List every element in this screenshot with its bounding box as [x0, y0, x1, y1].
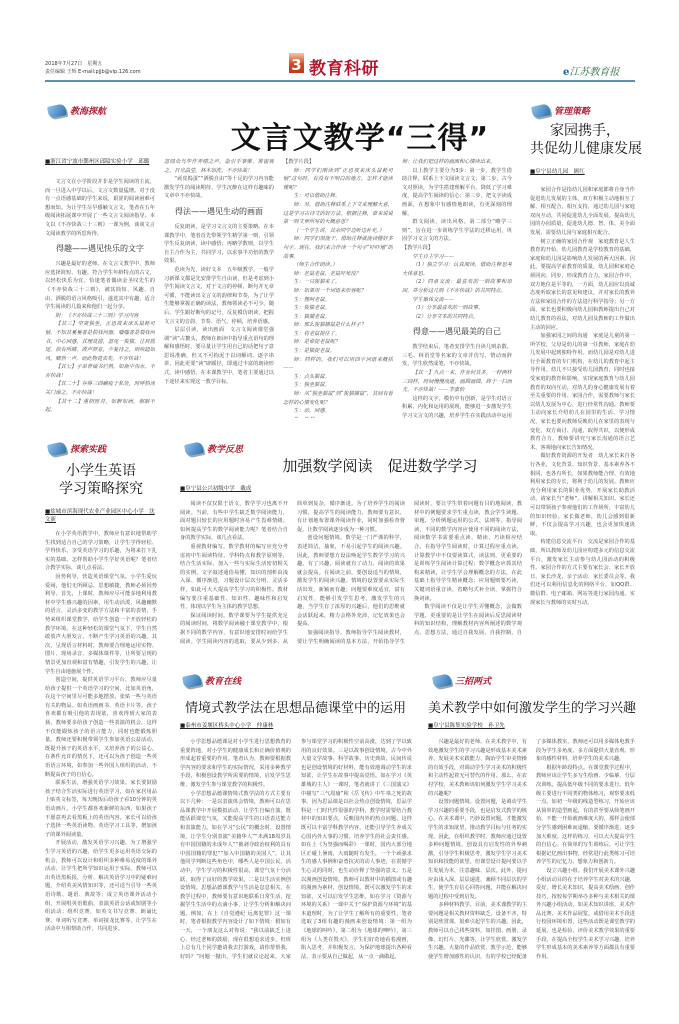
- paragraph: 设置问题情境。设置问题，是调动学生学习兴趣的重要手段，也是启发式教学的核心。在美…: [428, 798, 527, 901]
- paragraph: 师：让我们把这样的画面和心情读出来。: [402, 158, 512, 167]
- byline-jiayuan: ■阜宁县幼儿园 顾红: [530, 168, 585, 176]
- jiayuan-column: 家园合作是指幼儿园和家庭都将自身当作促进幼儿发展的主体，双方积极主动地相互了解、…: [530, 186, 635, 661]
- paragraph: 小学思想品德课是对小学生进行思想教育的重要阵地，对小学生的健康成长和正确价值观的…: [180, 738, 291, 790]
- paragraph: 树立正确的家园合作观 家庭教育是人生教育的开始，幼儿园教育是学校教育的基础，家庭…: [530, 238, 635, 333]
- math-columns: 阅读不仅仅限于语文，数学学习也离不开阅读。当前，有些中学生缺乏数学阅读能力，面对…: [180, 500, 522, 652]
- column-tag-zaixian: 教育在线: [183, 674, 241, 687]
- paragraph: （2）同桌交流：最喜欢的一则故事和原因，并分析这几则《不亦快哉》的共同特点。: [402, 278, 512, 295]
- paragraph: 【其二十】存得三四癞疮于私处，时呼热汤关门澡之。不亦快哉！: [45, 380, 155, 397]
- paragraph: 学生自主学习——: [402, 253, 512, 262]
- paragraph: 【其一】九点一来，作业何其多，一样两样三四样，时间慢慢流逝，画圆画圆，终于一扫而…: [402, 369, 512, 395]
- paragraph: 生：一只狻猫来了。: [283, 278, 393, 287]
- paragraph: 师：从“独坐猫鼠”到“狻猫捕鼠”，其间有着怎样的心情变化呢？: [283, 390, 393, 407]
- paragraph: 做好教育资源的开发者 幼儿家长来自各行各业，文化背景、知识背景、基本素养各不相同…: [530, 452, 635, 538]
- logo-text: 江苏教育报: [569, 67, 619, 78]
- book-icon: [182, 673, 202, 688]
- paragraph: 根据年龄段特点。在课堂教学过程中，教师应该让学生多写生绘画、少临摹，分层次训练，…: [536, 764, 635, 867]
- paragraph: 师：那么狻猫捕鼠是什么样子？: [283, 321, 393, 330]
- paragraph: 生：独坐猫鼠。: [283, 381, 393, 390]
- headline-line: 小学生英语: [45, 462, 157, 480]
- column-tag-label: 管理策略: [554, 104, 590, 117]
- paragraph: 师：同学们刚读到“正思夜来床头鼠耗可恼”这句时，有没有不明白的地方，怎样才能读懂…: [283, 167, 393, 193]
- paragraph: 生：狻猫老鼠。: [283, 304, 393, 313]
- headline-line: 学习策略探究: [45, 480, 157, 498]
- paragraph: “顽皮捣蛋”“洒脱自由”等十足的学习内容能激发学生的阅读期待，学生沉醉在这样有趣…: [164, 175, 274, 201]
- moral-columns: 小学思想品德课是对小学生进行思想教育的重要阵地，对小学生的健康成长和正确价值观的…: [180, 738, 412, 1014]
- book-icon: [47, 103, 67, 118]
- paragraph: 重视教材编写。数学教材的编写应充分考虑初中生阅读特征、学科特点和教学原则等，结合…: [180, 543, 288, 612]
- paragraph: 生：快哉。: [283, 416, 393, 418]
- paragraph: 联系生活，增强英语学习效果。家长要鼓励孩子结合生活实际进行英语学习，如在家居用品…: [45, 779, 157, 839]
- english-column: 在小学英语教学中，教师应有意识地帮助学生找到适合自己的学习策略，让学生学得轻松、…: [45, 530, 157, 1008]
- wenyan-column-1: 文言文在小学阶段并非是学生阅读的主流，而一旦进入中学以后，文言文数量猛增。对于没…: [45, 178, 155, 418]
- paragraph: 生：是猫捉老鼠。: [283, 347, 393, 356]
- paragraph: 范读为先，读好文本 五年级教学，一般学习新课文都是先安排学生自由读，但是考虑到小…: [164, 266, 274, 326]
- byline-english: ■盐城市滨海现代农业产业园区中心小学 沈文新: [45, 508, 157, 524]
- paragraph: （1）独立学习：认真阅读，借助注释思考大体意思。: [402, 261, 512, 278]
- column-tag-guanli: 管理策略: [532, 104, 590, 117]
- headline-line: 共促幼儿健康发展: [530, 140, 640, 158]
- paragraph: 文言文在小学阶段并非是学生阅读的主流，而一旦进入中学以后，文言文数量猛增。对于没…: [45, 178, 155, 238]
- column-tag-tansuo: 探索实践: [48, 442, 106, 455]
- paragraph: 设立兴趣小组。我们开展美术课外兴趣小组活动目的在于培养学生对美术的兴趣，爱好，增…: [536, 867, 635, 962]
- byline-art: ■阜宁县陈集实验学校 孙卫先: [428, 722, 505, 730]
- paragraph: （2）分享文本的共同特点。: [402, 313, 512, 322]
- issue-date: 2018年7月27日 星期五: [45, 60, 102, 68]
- column-tag-fansi: 教学反思: [185, 442, 243, 455]
- headline-jiayuan: 家园携手， 共促幼儿健康发展: [530, 122, 640, 158]
- paragraph: 师：同学们很能干，借助注释就能读懂好多句子。现在，我们来合作读一个句子“吓吓地”…: [283, 235, 393, 261]
- paragraph: 生：狸呵老鼠。: [283, 296, 393, 305]
- book-icon: [531, 103, 551, 118]
- column-tag-label: 教育在线: [205, 674, 241, 687]
- headline-art: 美术教学中如何激发学生的学习兴趣: [428, 697, 638, 716]
- paragraph: 【教学片段】: [283, 158, 393, 167]
- subheading: 得法——遇见生动的画面: [164, 206, 274, 218]
- paragraph: 生：点头猫鼠。: [283, 373, 393, 382]
- byline-wenyan: ■浙江省宁波市鄞州区邱隘实验小学 邱璐: [45, 158, 155, 166]
- headline-math: 加强数学阅读 促进数学学习: [230, 455, 530, 476]
- paragraph: 阅读不仅仅限于语文，数学学习也离不开阅读。当前，有些中学生缺乏数学阅读能力，面对…: [180, 500, 288, 543]
- byline-math: ■阜宁县公兴初级中学 戴成: [180, 485, 251, 493]
- paragraph: 因势利导，营造英语课堂气氛。小学生爱玩爱闹，他们无所顾忌，思想敏捷，教师必须因势…: [45, 573, 157, 676]
- wenyan-column-2: 忽闻众鸟毕作弄晴之声，急引手搴帷，推窗视之，日光晶莹，林木如洗。不亦快哉！ “顽…: [164, 158, 274, 418]
- subheading: 得趣——遇见快乐的文字: [45, 243, 155, 255]
- paragraph: 反复朗读，是学习文言文的主要策略。在本课教学中，笔者首先带领学生精学第一则，引领…: [164, 223, 274, 266]
- paragraph: 创造空间，提供英语学习平台。教师应尽量给孩子提供一个英语学习的空间，比如英语角，…: [45, 676, 157, 779]
- paragraph: 在小学英语教学中，教师应有意识地帮助学生找到适合自己的学习策略，让学生学得轻松、…: [45, 530, 157, 573]
- column-tag-label: 教海探航: [70, 104, 106, 117]
- headline-english: 小学生英语 学习策略探究: [45, 462, 157, 498]
- editor-contact: 责任编辑 王辉 E-mail:pjjb@vip.126.com: [45, 68, 141, 76]
- paragraph: 师：同样的，我们可以用四字词语来概括——: [283, 356, 393, 373]
- paragraph: 兴趣是最好的老师。在文言文教学中，教师应选择简短、有趣、符合学生年龄特点的古文，…: [45, 260, 155, 312]
- art-columns: 兴趣是最好的老师，在美术教学中，有效地激发学生的学习兴趣是形成基本美术素养、发展…: [428, 738, 635, 1014]
- paragraph: 构建信息交流平台 交流是家园合作的基础，所以教师及幼儿园应构建多元的信息交流平台…: [530, 538, 635, 607]
- paragraph: 【其七】子弟背诵书烂熟，如瓶中泻水。不亦快哉！: [45, 363, 155, 380]
- paragraph: 师：如果用一个词语来形容呢？: [283, 287, 393, 296]
- paragraph: （一个学生讲，其余同学边听边补充。）: [283, 227, 393, 236]
- paragraph: 附：《不亦快哉三十三则》学习内容: [45, 312, 155, 321]
- paragraph: 层层引读，读出画面 文言文阅读课堂强调“读”占鳌头，教师在朗读中指导重点语句的理…: [164, 326, 274, 386]
- column-tag-jiaohai: 教海探航: [48, 104, 106, 117]
- paragraph: 忽闻众鸟毕作弄晴之声，急引手搴帷，推窗视之，日光晶莹，林木如洗。不亦快哉！: [164, 158, 274, 175]
- book-icon: [432, 673, 452, 688]
- paragraph: 【其三】空斋独坐，正思夜来床头鼠耗可恼，不知其戛戛者是损我何器，嗤嗤者是裂我何书…: [45, 320, 155, 363]
- paragraph: 【教学片段】: [402, 244, 512, 253]
- paragraph: （师生合作朗读。）: [283, 261, 393, 270]
- paragraph: （1）分享最喜欢的一则故事。: [402, 304, 512, 313]
- paragraph: 加强家园之间的沟通 家庭是儿童的第一所学校，父母是幼儿的第一任教师，家庭在幼儿发…: [530, 332, 635, 452]
- column-tag-label: 教学反思: [207, 442, 243, 455]
- paragraph: 师：老鼠老鼠，老鼠吓死没？: [283, 270, 393, 279]
- subheading: 得意——遇见最美的自己: [402, 326, 512, 338]
- paragraph: 生：将老鼠捉住了。: [283, 330, 393, 339]
- column-tag-label: 探索实践: [70, 442, 106, 455]
- headline-wenyan: 文言文教学“三得”: [160, 113, 560, 157]
- header-rule: [45, 80, 635, 82]
- paragraph: 生：动，回惑。: [283, 407, 393, 416]
- paragraph: 学生集体交流——: [402, 296, 512, 305]
- wenyan-column-3: 【教学片段】 师：同学们刚读到“正思夜来床头鼠耗可恼”这句时，有没有不明白的地方…: [283, 158, 393, 418]
- paragraph: 群文阅读，读出风格。第二部分“略学三则”，旨在进一步训练学生学法的迁移运用，巩固…: [402, 218, 512, 244]
- paragraph: 【其十二】重阴匝月，如醉如病，朝眠不起，: [45, 398, 155, 415]
- wenyan-column-4: 师：让我们把这样的画面和心情读出来。 以上教学主要分为3步：第一步，教学生借助注…: [402, 158, 512, 418]
- headline-line: 家园携手，: [530, 122, 640, 140]
- paragraph: 生：可以借助注释。: [283, 192, 393, 201]
- paragraph: 创设问题情境。数学是一门严谨的科学，表述简洁，抽象，不易引起学生的阅读兴趣。因此…: [297, 534, 405, 629]
- headline-moral: 情境式教学法在思想品德课堂中的运用: [185, 697, 445, 716]
- book-icon: [47, 441, 67, 456]
- paragraph: 教学结束后，笔者安排学生自读几则杂散、三毛、林语堂等名家的文章并仿写，情动而辞发…: [402, 343, 512, 369]
- book-icon: [184, 441, 204, 456]
- byline-moral: ■泰州市姜堰区桥头中心小学 仲康林: [180, 722, 273, 730]
- page-number-badge: 3: [289, 53, 304, 73]
- column-tag-label: 三招两式: [455, 674, 491, 687]
- paragraph: 兴趣是最好的老师，在美术教学中，有效地激发学生的学习兴趣是形成基本美术素养、发展…: [428, 738, 527, 798]
- paragraph: 这样的文字，模仿中有创新，是学生对语言积累、内化和运用的展现，能够进一步激发学生…: [402, 395, 512, 418]
- paragraph: 师：是谁捉老鼠呢？: [283, 338, 393, 347]
- column-tag-sanzhao: 三招两式: [433, 674, 491, 687]
- paragraph: 师：对，借助注释联系上下文来理解大意，这是学习古诗文的好方法。根据注释，谁来说说…: [283, 201, 393, 227]
- newspaper-logo: e江苏教育报: [563, 63, 619, 78]
- paragraph: 家园合作是指幼儿园和家庭都将自身当作促进幼儿发展的主体，双方积极主动地相互了解、…: [530, 186, 635, 238]
- paragraph: 生：猫捕老鼠。: [283, 313, 393, 322]
- paragraph: 以上教学主要分为3步：第一步，教学生借助注释，联系上下文阅读文言文；第二步，古今…: [402, 167, 512, 219]
- paragraph: 开展活动，激发英语学习兴趣。为了增强学生学习英语的兴趣，给学生更多运用英语交际的…: [45, 839, 157, 934]
- section-title: 教育科研: [309, 54, 379, 79]
